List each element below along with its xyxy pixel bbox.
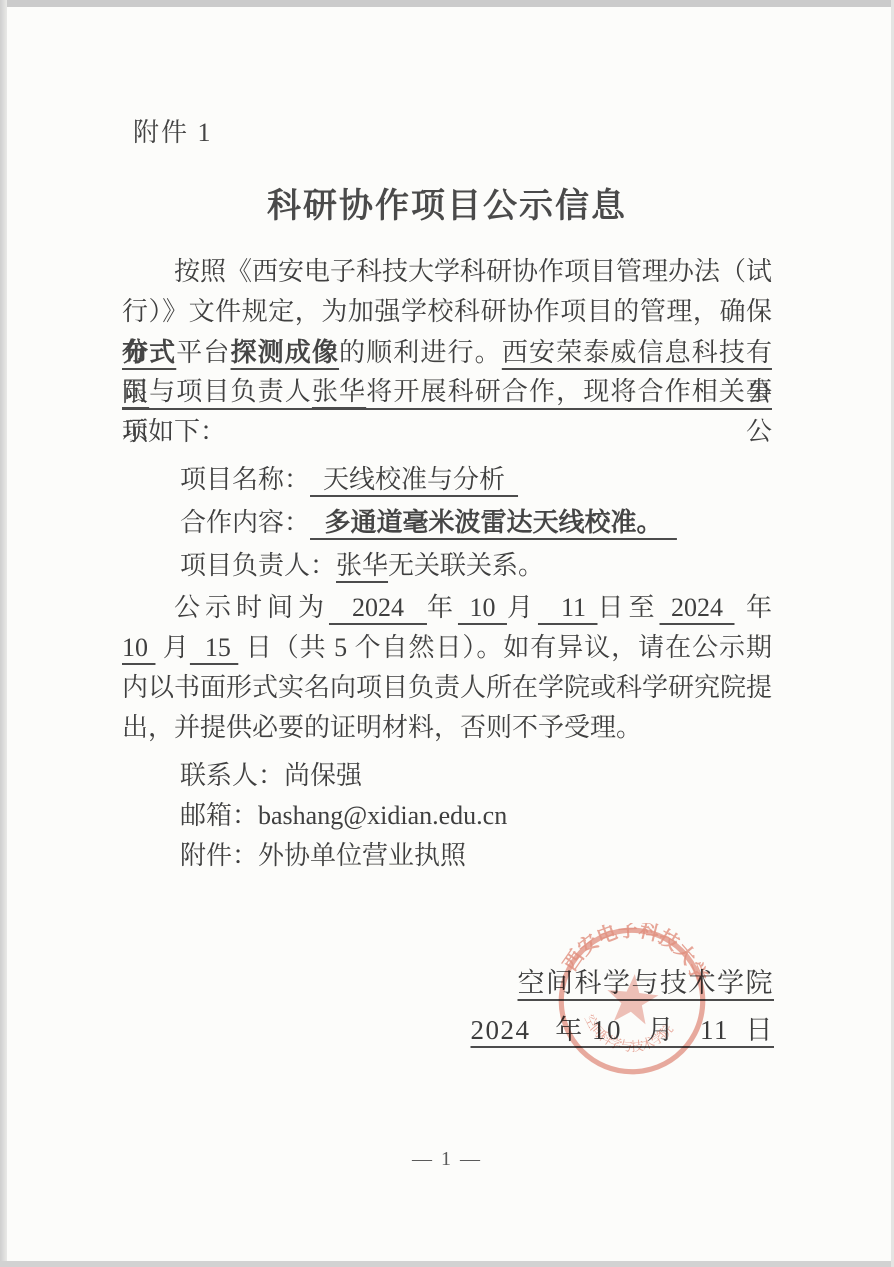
contact-info: 联系人：尚保强邮箱：bashang@xidian.edu.cn附件：外协单位营业… [180,756,772,876]
filled-blank: 探测成像 [231,337,340,367]
filled-blank: 天线校准与分析 [310,465,518,494]
filled-blank: 15 [190,633,238,662]
scan-edge-bottom [0,1261,894,1267]
text-segment: 示如下： [122,417,226,446]
filled-blank: 10 [122,633,155,662]
filled-blank: 司 [122,377,149,406]
notice-period-paragraph: 公示时间为 2024 年 10 月 11 日至 2024 年10 月 15 日（… [122,588,772,748]
text-segment: 项目名称： [180,465,310,494]
filled-blank: 2024 [329,593,427,622]
text-segment: 邮箱：bashang@xidian.edu.cn [180,801,507,830]
text-line: 附件：外协单位营业执照 [180,836,772,876]
filled-blank: 张华 [312,377,366,406]
project-fields: 项目名称： 天线校准与分析 合作内容： 多通道毫米波雷达天线校准。 项目负责人：… [180,458,772,587]
text-segment: 日至 [598,593,660,622]
text-segment: 与项目负责人 [149,377,312,406]
text-line: 公示时间为 2024 年 10 月 11 日至 2024 年 [122,588,772,628]
text-segment: 月 [155,633,189,662]
text-segment: 无关联关系。 [388,551,544,580]
text-segment: 联系人：尚保强 [180,761,362,790]
filled-blank: 张华 [336,551,388,580]
text-line: 内以书面形式实名向项目负责人所在学院或科学研究院提 [122,668,772,708]
official-seal-stamp: 西安电子科技大学 空间科学与技术学院 [554,923,710,1079]
text-line: 邮箱：bashang@xidian.edu.cn [180,796,772,836]
star-icon [604,971,660,1025]
text-line: 项目名称： 天线校准与分析 [180,458,772,501]
text-segment: 附件：外协单位营业执照 [180,841,466,870]
page-title: 科研协作项目公示信息 [0,178,894,227]
intro-paragraph: 按照《西安电子科技大学科研协作项目管理办法（试行）》文件规定，为加强学校科研协作… [122,252,772,452]
seal-inner-text: 空间科学与技术学院 [579,1011,678,1059]
text-segment: 日（共 5 个自然日）。如有异议，请在公示期 [238,633,772,662]
text-line: 按照《西安电子科技大学科研协作项目管理办法（试 [122,252,772,292]
text-segment: 平台 [176,338,230,367]
text-segment: 年 [427,593,458,622]
filled-blank: 10 [458,593,507,622]
page-number: — 1 — [0,1148,894,1171]
text-line: 布式平台探测成像的顺利进行。西安荣泰威信息科技有限公 [122,332,772,372]
text-line: 合作内容： 多通道毫米波雷达天线校准。 [180,501,772,544]
text-line: 司与项目负责人张华将开展科研合作，现将合作相关事项公 [122,372,772,412]
text-segment: 行）》文件规定，为加强学校科研协作项目的管理，确保 [122,297,772,326]
text-line: 联系人：尚保强 [180,756,772,796]
text-segment: 年 [735,593,773,622]
text-segment: 月 [507,593,538,622]
scan-edge-top [0,0,894,7]
text-segment: 出，并提供必要的证明材料，否则不予受理。 [122,713,642,742]
text-segment: 合作内容： [180,508,310,537]
filled-blank: 11 [538,593,598,622]
filled-blank: 布式 [122,337,176,367]
text-segment: 内以书面形式实名向项目负责人所在学院或科学研究院提 [122,673,772,702]
text-segment: 的顺利进行。 [339,338,502,367]
text-segment: 按照《西安电子科技大学科研协作项目管理办法（试 [174,257,772,286]
text-line: 出，并提供必要的证明材料，否则不予受理。 [122,708,772,748]
text-segment: 项目负责人： [180,551,336,580]
seal-graphic: 西安电子科技大学 空间科学与技术学院 [554,923,710,1079]
filled-blank: 2024 [660,593,735,622]
text-line: 行）》文件规定，为加强学校科研协作项目的管理，确保分 [122,292,772,332]
filled-blank: 多通道毫米波雷达天线校准。 [310,507,677,537]
text-segment: 公示时间为 [174,593,329,622]
scanned-document-page: 附件 1 科研协作项目公示信息 按照《西安电子科技大学科研协作项目管理办法（试行… [0,0,894,1267]
scan-edge-left [0,0,7,1267]
text-line: 10 月 15 日（共 5 个自然日）。如有异议，请在公示期 [122,628,772,668]
svg-text:空间科学与技术学院: 空间科学与技术学院 [579,1011,678,1059]
annex-label: 附件 1 [133,112,213,149]
text-line: 项目负责人：张华无关联关系。 [180,544,772,587]
